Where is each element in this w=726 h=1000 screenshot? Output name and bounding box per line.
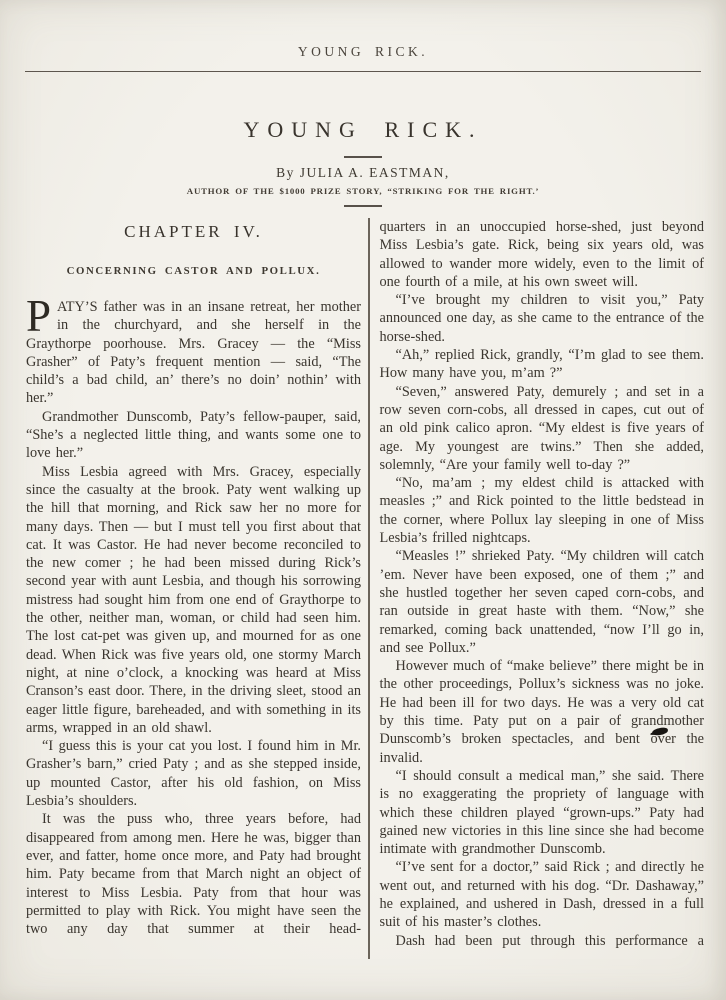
chapter-subheading: CONCERNING CASTOR AND POLLUX. [26,265,361,277]
page-title: YOUNG RICK. [0,117,726,143]
two-column-text-block: CHAPTER IV. CONCERNING CASTOR AND POLLUX… [26,216,704,959]
paragraph: However much of “make believe” there mig… [380,657,705,767]
paragraph: “I’ve brought my children to visit you,”… [380,291,705,346]
byline: By JULIA A. EASTMAN, [0,165,726,181]
author-credit-line: AUTHOR OF THE $1000 PRIZE STORY, “STRIKI… [0,186,726,196]
right-column: quarters in an unoccupied horse-shed, ju… [380,216,705,959]
paragraph: “Measles !” shrieked Paty. “My children … [380,547,705,657]
left-column-body: PATY’S father was in an insane retreat, … [26,298,361,938]
paragraph-text: ATY’S father was in an insane retreat, h… [26,299,361,406]
ornament-rule-top [344,156,382,158]
column-divider-rule [368,218,370,959]
paragraph: It was the puss who, three years before,… [26,810,361,938]
paragraph: “I guess this is your cat you lost. I fo… [26,737,361,810]
header-rule [25,71,701,72]
chapter-heading: CHAPTER IV. [26,222,361,242]
paragraph: “Seven,” answered Paty, demurely ; and s… [380,383,705,474]
paragraph: “I should consult a medical man,” she sa… [380,767,705,858]
paragraph: “I’ve sent for a doctor,” said Rick ; an… [380,858,705,931]
paragraph: “Ah,” replied Rick, grandly, “I’m glad t… [380,346,705,383]
paragraph: quarters in an unoccupied horse-shed, ju… [380,218,705,291]
paragraph: “No, ma’am ; my eldest child is attacked… [380,474,705,547]
book-page: YOUNG RICK. YOUNG RICK. By JULIA A. EAST… [0,0,726,1000]
paragraph: Dash had been put through this performan… [380,932,705,950]
paragraph: Miss Lesbia agreed with Mrs. Gracey, esp… [26,463,361,737]
paragraph: Grandmother Dunscomb, Paty’s fellow-paup… [26,408,361,463]
left-column: CHAPTER IV. CONCERNING CASTOR AND POLLUX… [26,216,361,959]
running-head: YOUNG RICK. [0,44,726,60]
drop-cap: P [26,298,57,334]
paragraph: PATY’S father was in an insane retreat, … [26,298,361,408]
ornament-rule-bottom [344,205,382,207]
